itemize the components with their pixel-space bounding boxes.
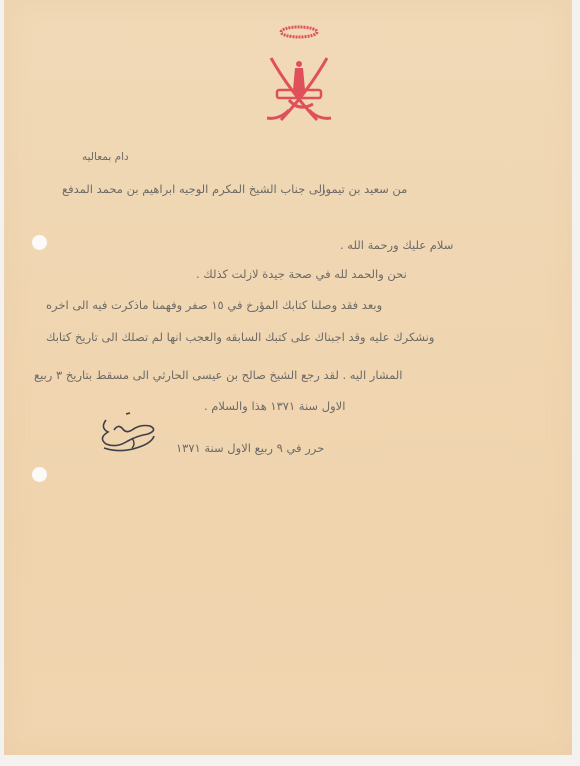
greeting-line: سلام عليك ورحمة الله . <box>340 238 453 252</box>
body-line-3: ونشكرك عليه وقد اجبناك على كتبك السابقه … <box>46 330 434 344</box>
omani-emblem-icon <box>259 20 339 130</box>
closing-date-line: حرر في ٩ ربيع الاول سنة ١٣٧١ <box>176 441 324 455</box>
signature-mark <box>92 408 162 456</box>
letter-paper: دام بمعاليه من سعيد بن تيمور الى جناب ال… <box>4 0 572 755</box>
honorific-text: دام بمعاليه <box>82 151 129 163</box>
punch-hole-top <box>32 235 47 250</box>
punch-hole-bottom <box>32 467 47 482</box>
body-line-1: نحن والحمد لله في صحة جيدة لازلت كذلك . <box>196 267 407 281</box>
body-line-4: المشار اليه . لقد رجع الشيخ صالح بن عيسى… <box>34 368 402 382</box>
body-line-5: الاول سنة ١٣٧١ هذا والسلام . <box>204 399 345 413</box>
recipient-line: الى جناب الشيخ المكرم الوجيه ابراهيم بن … <box>62 182 325 196</box>
sender-line: من سعيد بن تيمور <box>320 182 407 196</box>
body-line-2: وبعد فقد وصلنا كتابك المؤرخ في ١٥ صفر وف… <box>46 298 382 312</box>
